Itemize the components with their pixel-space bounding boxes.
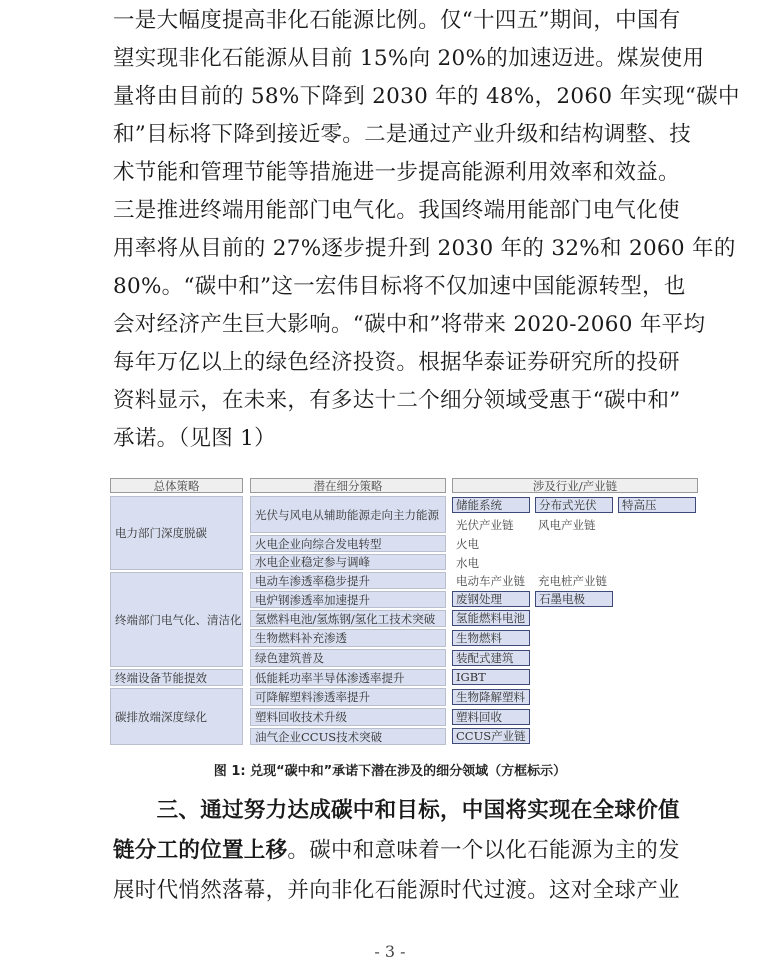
- paragraph-line: 一是大幅度提高非化石能源比例。仅“十四五”期间，中国有: [113, 6, 669, 36]
- industry-plain: 充电桩产业链: [538, 573, 607, 589]
- paragraph-line: 承诺。（见图 1）: [113, 424, 669, 454]
- industry-tag-boxed: 储能系统: [452, 497, 530, 513]
- industry-plain: 电动车产业链: [456, 573, 525, 589]
- section-heading: 三、通过努力达成碳中和目标，中国将实现在全球价值: [113, 796, 669, 826]
- paragraph-text: 。碳中和意味着一个以化石能源为主的发: [287, 838, 679, 863]
- paragraph-line: 和”目标将下降到接近零。二是通过产业升级和结构调整、技: [113, 120, 669, 150]
- sub-strategy: 油气企业CCUS技术突破: [250, 728, 446, 745]
- industry-plain: 风电产业链: [538, 517, 596, 533]
- strategy-emission-greening: 碳排放端深度绿化: [110, 688, 243, 745]
- industry-tag-boxed: 氢能燃料电池: [452, 610, 530, 626]
- paragraph-line: 会对经济产生巨大影响。“碳中和”将带来 2020-2060 年平均: [113, 310, 669, 340]
- figure-caption: 图 1: 兑现“碳中和”承诺下潜在涉及的细分领域（方框标示）: [0, 760, 780, 779]
- paragraph-line: 链分工的位置上移。碳中和意味着一个以化石能源为主的发: [113, 836, 669, 866]
- sub-strategy: 光伏与风电从辅助能源走向主力能源: [250, 496, 446, 533]
- sub-strategy: 低能耗功率半导体渗透率提升: [250, 669, 446, 686]
- paragraph-line: 量将由目前的 58%下降到 2030 年的 48%，2060 年实现“碳中: [113, 82, 669, 112]
- industry-tag-boxed: 分布式光伏: [535, 497, 613, 513]
- industry-tag-boxed: IGBT: [452, 669, 530, 685]
- paragraph-line: 术节能和管理节能等措施进一步提高能源利用效率和效益。: [113, 158, 669, 188]
- paragraph-line: 展时代悄然落幕，并向非化石能源时代过渡。这对全球产业: [113, 876, 669, 906]
- industry-tag-boxed: 生物降解塑料: [452, 689, 530, 705]
- sub-strategy: 水电企业稳定参与调峰: [250, 554, 446, 570]
- strategy-power-decarbonization: 电力部门深度脱碳: [110, 496, 243, 570]
- paragraph-line: 三是推进终端用能部门电气化。我国终端用能部门电气化使: [113, 196, 669, 226]
- sub-strategy: 生物燃料补充渗透: [250, 629, 446, 647]
- industry-tag-boxed: 废钢处理: [452, 591, 530, 607]
- header-overall-strategy: 总体策略: [110, 478, 243, 493]
- industry-tag-boxed: 塑料回收: [452, 709, 530, 725]
- section-heading-cont: 链分工的位置上移: [113, 838, 287, 863]
- industry-plain: 火电: [456, 536, 479, 552]
- paragraph-line: 用率将从目前的 27%逐步提升到 2030 年的 32%和 2060 年的: [113, 234, 669, 264]
- sub-strategy: 绿色建筑普及: [250, 649, 446, 667]
- industry-plain: 水电: [456, 555, 479, 571]
- industry-plain: 光伏产业链: [456, 517, 514, 533]
- industry-tag-boxed: CCUS产业链: [452, 728, 530, 744]
- industry-tag-boxed: 特高压: [618, 497, 696, 513]
- sub-strategy: 电炉钢渗透率加速提升: [250, 591, 446, 608]
- sub-strategy: 电动车渗透率稳步提升: [250, 572, 446, 589]
- strategy-end-use-electrification: 终端部门电气化、清洁化: [110, 572, 243, 667]
- industry-tag-boxed: 石墨电极: [535, 591, 613, 607]
- industry-tag-boxed: 生物燃料: [452, 630, 530, 646]
- industry-tag-boxed: 装配式建筑: [452, 650, 530, 666]
- page-number: - 3 -: [0, 942, 780, 961]
- paragraph-line: 每年万亿以上的绿色经济投资。根据华泰证券研究所的投研: [113, 348, 669, 378]
- figure-1-strategy-table: 总体策略 潜在细分策略 涉及行业/产业链 电力部门深度脱碳 终端部门电气化、清洁…: [110, 478, 698, 746]
- sub-strategy: 氢燃料电池/氢炼钢/氢化工技术突破: [250, 610, 446, 627]
- sub-strategy: 火电企业向综合发电转型: [250, 535, 446, 552]
- paragraph-line: 资料显示，在未来，有多达十二个细分领域受惠于“碳中和”: [113, 386, 669, 416]
- header-sub-strategy: 潜在细分策略: [250, 478, 446, 493]
- strategy-device-efficiency: 终端设备节能提效: [110, 669, 243, 686]
- sub-strategy: 可降解塑料渗透率提升: [250, 688, 446, 706]
- paragraph-line: 80%。“碳中和”这一宏伟目标将不仅加速中国能源转型，也: [113, 272, 669, 302]
- sub-strategy: 塑料回收技术升级: [250, 708, 446, 726]
- header-industries: 涉及行业/产业链: [452, 478, 698, 493]
- paragraph-line: 望实现非化石能源从目前 15%向 20%的加速迈进。煤炭使用: [113, 44, 669, 74]
